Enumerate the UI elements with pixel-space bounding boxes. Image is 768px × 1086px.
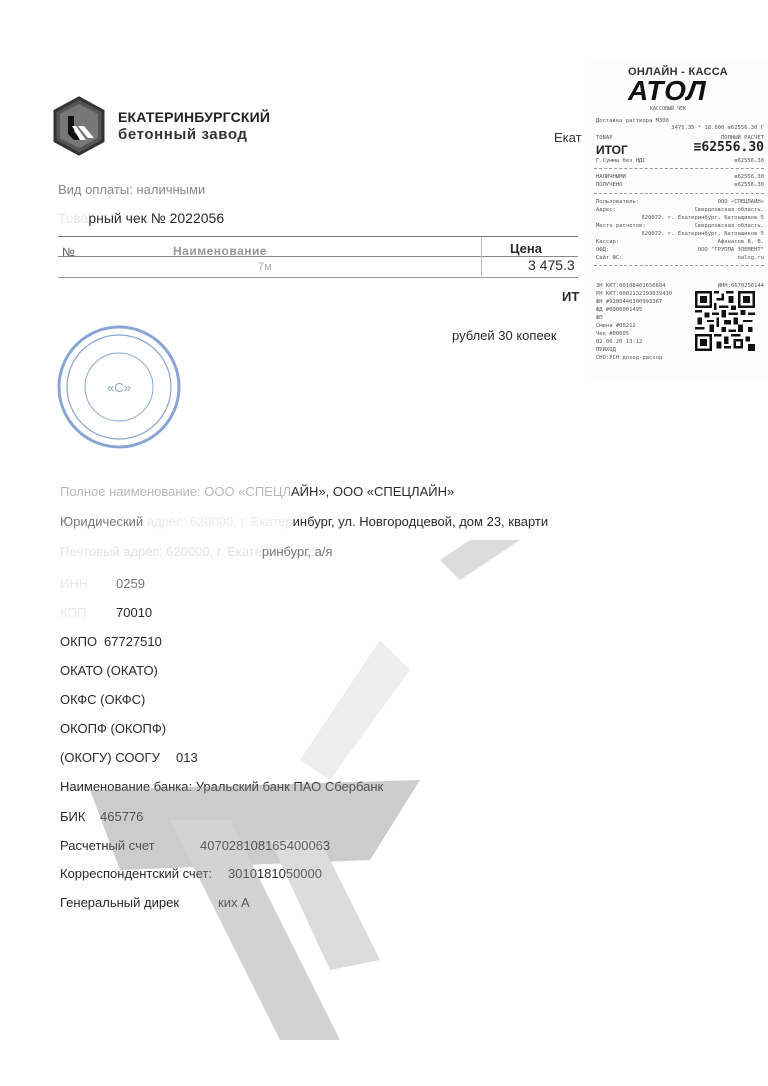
qr-code-icon [695, 291, 755, 351]
receipt-user-label: Пользователь: [596, 199, 639, 205]
receipt-cash-value: ≡62556.30 [734, 174, 764, 180]
receipt-fp: ФП [596, 315, 603, 321]
receipt-total-label: ИТОГ [596, 143, 628, 157]
receipt-total-value: ≡62556.30 [694, 140, 764, 155]
receipt-prefix: Това [58, 210, 88, 226]
receipt-novat-value: ≡62556.30 [734, 158, 764, 164]
receipt-site-value: nalog.ru [738, 255, 765, 261]
table-cell-price: 3 475.3 [528, 257, 575, 273]
receipt-shift: Смена #00212 [596, 323, 636, 329]
logo-title: ЕКАТЕРИНБУРГСКИЙ [118, 109, 270, 126]
okato-row: ОКАТО (ОКАТО) [60, 663, 158, 678]
bank-name: Наименование банка: Уральский банк ПАО С… [60, 779, 383, 794]
receipt-cash-label: НАЛИЧНЫМИ [596, 174, 626, 180]
receipt-received-label: ПОЛУЧЕНО [596, 182, 623, 188]
kpp-row: КПП70010 [60, 605, 152, 620]
receipt-item-type: ТОВАР [596, 135, 613, 141]
corr-account-row: Корреспондентский счет:3010181050000 [60, 866, 322, 881]
receipt-zn-kkt: ЗН ККТ:00108401656604 [596, 283, 666, 289]
inn-row: ИНН0259 [60, 576, 145, 591]
sum-in-words: рублей 30 копеек [452, 328, 557, 343]
column-separator [481, 238, 482, 276]
svg-text:«С»: «С» [107, 380, 131, 395]
receipt-number: Товарный чек № 2022056 [58, 210, 224, 226]
column-header-number: № [62, 245, 75, 259]
payment-type: Вид оплаты: наличными [58, 182, 205, 197]
receipt-brand: АТОЛ [628, 75, 707, 107]
legal-address: Юридический адрес: 620000, г. Екатеринбу… [60, 514, 548, 529]
okogu-row: (ОКОГУ) СООГУ013 [60, 750, 198, 765]
receipt-check-no: Чек #00005 [596, 331, 629, 337]
table-cell-unit: 7м [258, 261, 272, 273]
receipt-inn: ИНН:6670256144 [718, 283, 764, 289]
okopf-row: ОКОПФ (ОКОПФ) [60, 721, 166, 736]
receipt-received-value: ≡62556.30 [734, 182, 764, 188]
bik-row: БИК465776 [60, 809, 143, 824]
receipt-user-value: ООО «СПЕЦЛАЙН» [718, 199, 764, 205]
settlement-account-row: Расчетный счет407028108165400063 [60, 838, 330, 853]
hexagon-logo-icon [52, 96, 106, 156]
director-row: Генеральный дирекких А [60, 895, 250, 910]
receipt-novat-label: Г.Сумма без НДС [596, 158, 646, 164]
logo-subtitle: бетонный завод [118, 126, 270, 143]
column-header-name: Наименование [173, 244, 267, 258]
okpo-row: ОКПО67727510 [60, 634, 162, 649]
receipt-cashier-label: Кассир: [596, 239, 619, 245]
postal-address: Почтовый адрес: 620000, г. Екатеринбург,… [60, 544, 333, 559]
receipt-datetime: 02.06.20 13:12 [596, 339, 642, 345]
receipt-site-label: Сайт ФС: [596, 255, 623, 261]
receipt-address-1: Свердловская область, [694, 207, 764, 213]
receipt-kind: КАССОВЫЙ ЧЕК [650, 106, 686, 112]
receipt-address-label: Адрес: [596, 207, 616, 213]
company-logo: ЕКАТЕРИНБУРГСКИЙ бетонный завод [52, 96, 270, 156]
receipt-label: рный чек № 2022056 [88, 210, 224, 226]
company-stamp-icon: «С» [54, 322, 184, 452]
receipt-fd: ФД #0000001495 [596, 307, 642, 313]
receipt-item-name: Доставка раствора М300 [596, 118, 669, 124]
receipt-place-1: Свердловская область, [694, 223, 764, 229]
okfs-row: ОКФС (ОКФС) [60, 692, 145, 707]
receipt-place-label: Место расчетов: [596, 223, 646, 229]
receipt-ofd-label: ОФД: [596, 247, 609, 253]
receipt-rn-kkt: РН ККТ:0002132193039430 [596, 291, 672, 297]
receipt-cashier-value: Афанасов В. В. [718, 239, 764, 245]
column-header-price: Цена [510, 241, 542, 256]
receipt-address-2: 620072, г. Екатеринбург, Бетонщиков 5 [641, 215, 764, 221]
receipt-fn: ФН #9280440300993367 [596, 299, 662, 305]
receipt-operation-type: ПРИХОД [596, 347, 616, 353]
receipt-ofd-value: ООО "ГРУППА ЭЛЕМЕНТ" [698, 247, 764, 253]
receipt-place-2: 620072, г. Екатеринбург, Бетонщиков 5 [641, 231, 764, 237]
full-company-name: Полное наименование: ООО «СПЕЦЛАЙН», ООО… [60, 484, 454, 499]
receipt-tax-system: СНО:УСН доход-расход [596, 355, 662, 361]
city-text: Екат [554, 130, 582, 145]
receipt-item-calc: 3475.35 * 18.000 ≡62556.30 Г [671, 125, 764, 131]
cash-receipt: ОНЛАЙН - КАССА АТОЛ КАССОВЫЙ ЧЕК Доставк… [588, 60, 768, 380]
scanned-document: ЕКАТЕРИНБУРГСКИЙ бетонный завод Екат Вид… [0, 0, 768, 1086]
total-label: ИТ [562, 289, 579, 304]
